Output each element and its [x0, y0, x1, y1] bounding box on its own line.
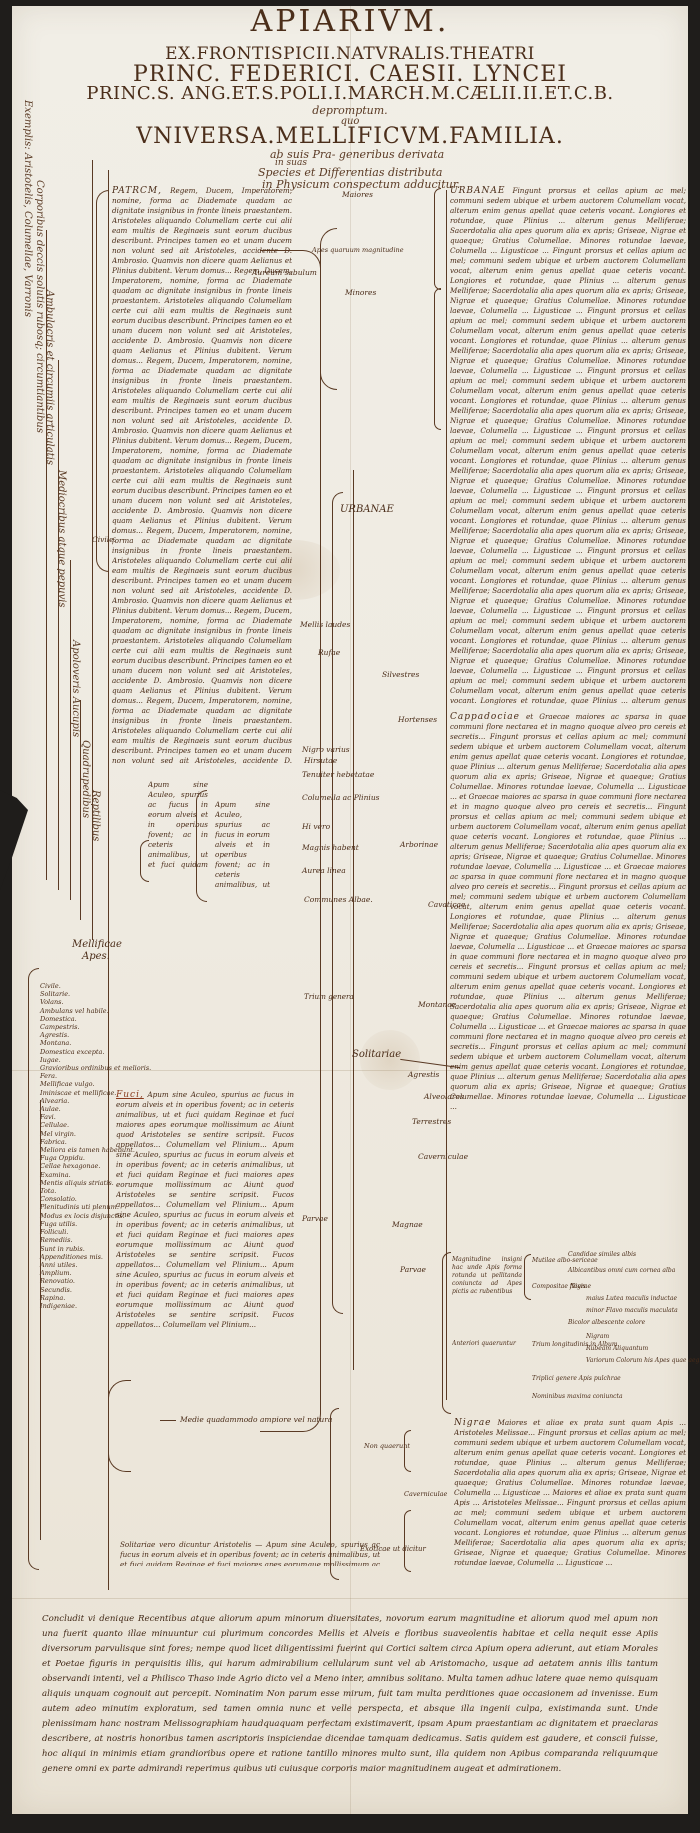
cappadociae-paragraph: Cappadociae et Graecae maiores ac sparsa…	[450, 712, 686, 1232]
document-title: APIARIVM.	[0, 4, 700, 39]
sub-brace	[140, 840, 149, 882]
title-line-1: EX.FRONTISPICII.NATVRALIS.THEATRI	[0, 44, 700, 64]
main-brace	[260, 250, 321, 1432]
tree-node: Triplici genere Apis pulchrae	[532, 1374, 621, 1383]
paragraph-brace	[96, 190, 109, 572]
solitariae-note: Solitariae vero dicuntur Aristotelis — A…	[120, 1540, 380, 1566]
tree-brace	[404, 1430, 411, 1472]
tree-node: Agrestis	[408, 1070, 439, 1079]
tree-node: Caverniculae	[404, 1490, 447, 1499]
tree-node: Parvae	[400, 1265, 426, 1274]
branch-label-civile: Civile.	[92, 535, 116, 544]
tree-line	[160, 1420, 176, 1421]
tree-node: Candidae similes albis	[568, 1250, 636, 1259]
sub-brace	[196, 790, 207, 902]
tree-brace	[332, 492, 343, 1314]
root-label: Apes.	[82, 952, 110, 961]
tree-node: minor Flavo maculis maculata	[586, 1306, 678, 1315]
tree-line	[58, 360, 59, 890]
tree-node: Silvestres	[382, 670, 419, 679]
tree-brace	[434, 288, 441, 430]
tree-node: Apes quaruum magnitudine	[312, 246, 404, 255]
tree-brace	[442, 1252, 451, 1414]
nigrae-paragraph: Nigrae Maiores et aliae ex prata sunt qu…	[454, 1418, 686, 1598]
tree-node: Arborinae	[400, 840, 438, 849]
tree-node: Nominibus maxima coniuncta	[532, 1392, 623, 1401]
tree-node: Minores	[345, 288, 376, 297]
tree-brace	[330, 1408, 339, 1580]
root-label: Mellificae	[72, 940, 122, 949]
tree-note: Anteriori quaeruntur	[452, 1340, 522, 1400]
tree-node: Albicantibus omni cum cornea alba	[568, 1266, 675, 1275]
tree-line	[40, 1100, 41, 1540]
tree-node-urbanae: URBANAE	[340, 505, 394, 514]
tree-node: Nigrae	[570, 1282, 591, 1291]
glossary-list: Civile.Solitarie. Volans.Ambulans vel ha…	[40, 982, 106, 1310]
tree-line	[46, 230, 47, 880]
tree-node: Hortenses	[398, 715, 437, 724]
tree-node-solitariae: Solitariae	[352, 1050, 401, 1059]
tree-node: Variorum Colorum his Apes quae aegrotis …	[586, 1356, 700, 1365]
tree-node: maius Lutea maculis inductae	[586, 1294, 677, 1303]
vertical-label: Exemplis: Aristotelis, Columellae, Varro…	[22, 100, 33, 317]
tree-line	[92, 160, 93, 940]
main-heading: VNIVERSA.MELLIFICVM.FAMILIA.	[0, 124, 700, 149]
tree-line	[80, 700, 81, 920]
tree-node: Maiores	[342, 190, 373, 199]
tree-node: Rubeam Aliquantum	[586, 1344, 648, 1353]
tree-trunk	[353, 470, 354, 1370]
tree-brace	[434, 188, 441, 290]
tree-node-exoticae: Exoticae ut dicitur	[360, 1545, 426, 1554]
tree-brace	[524, 1254, 531, 1300]
title-line-3: PRINC.S. ANG.ET.S.POLI.I.MARCH.M.CÆLII.I…	[0, 83, 700, 104]
root-brace	[28, 968, 39, 1570]
tree-brace	[404, 1510, 411, 1572]
tree-node: Nigram	[586, 1332, 609, 1341]
tree-node: Magnae	[392, 1220, 423, 1229]
tree-note: Magnitudine insigni hac unde Apis forma …	[452, 1256, 522, 1316]
conclusion-paragraph: Concludit vi denique Recentibus atque al…	[42, 1612, 658, 1777]
urbanae-paragraph: URBANAE Fingunt prorsus et cellas apium …	[450, 186, 686, 706]
tree-line	[446, 190, 447, 1400]
sub-brace	[108, 1380, 131, 1472]
tree-line	[70, 560, 71, 900]
tree-node: Bicolor albescente colore	[568, 1318, 645, 1327]
